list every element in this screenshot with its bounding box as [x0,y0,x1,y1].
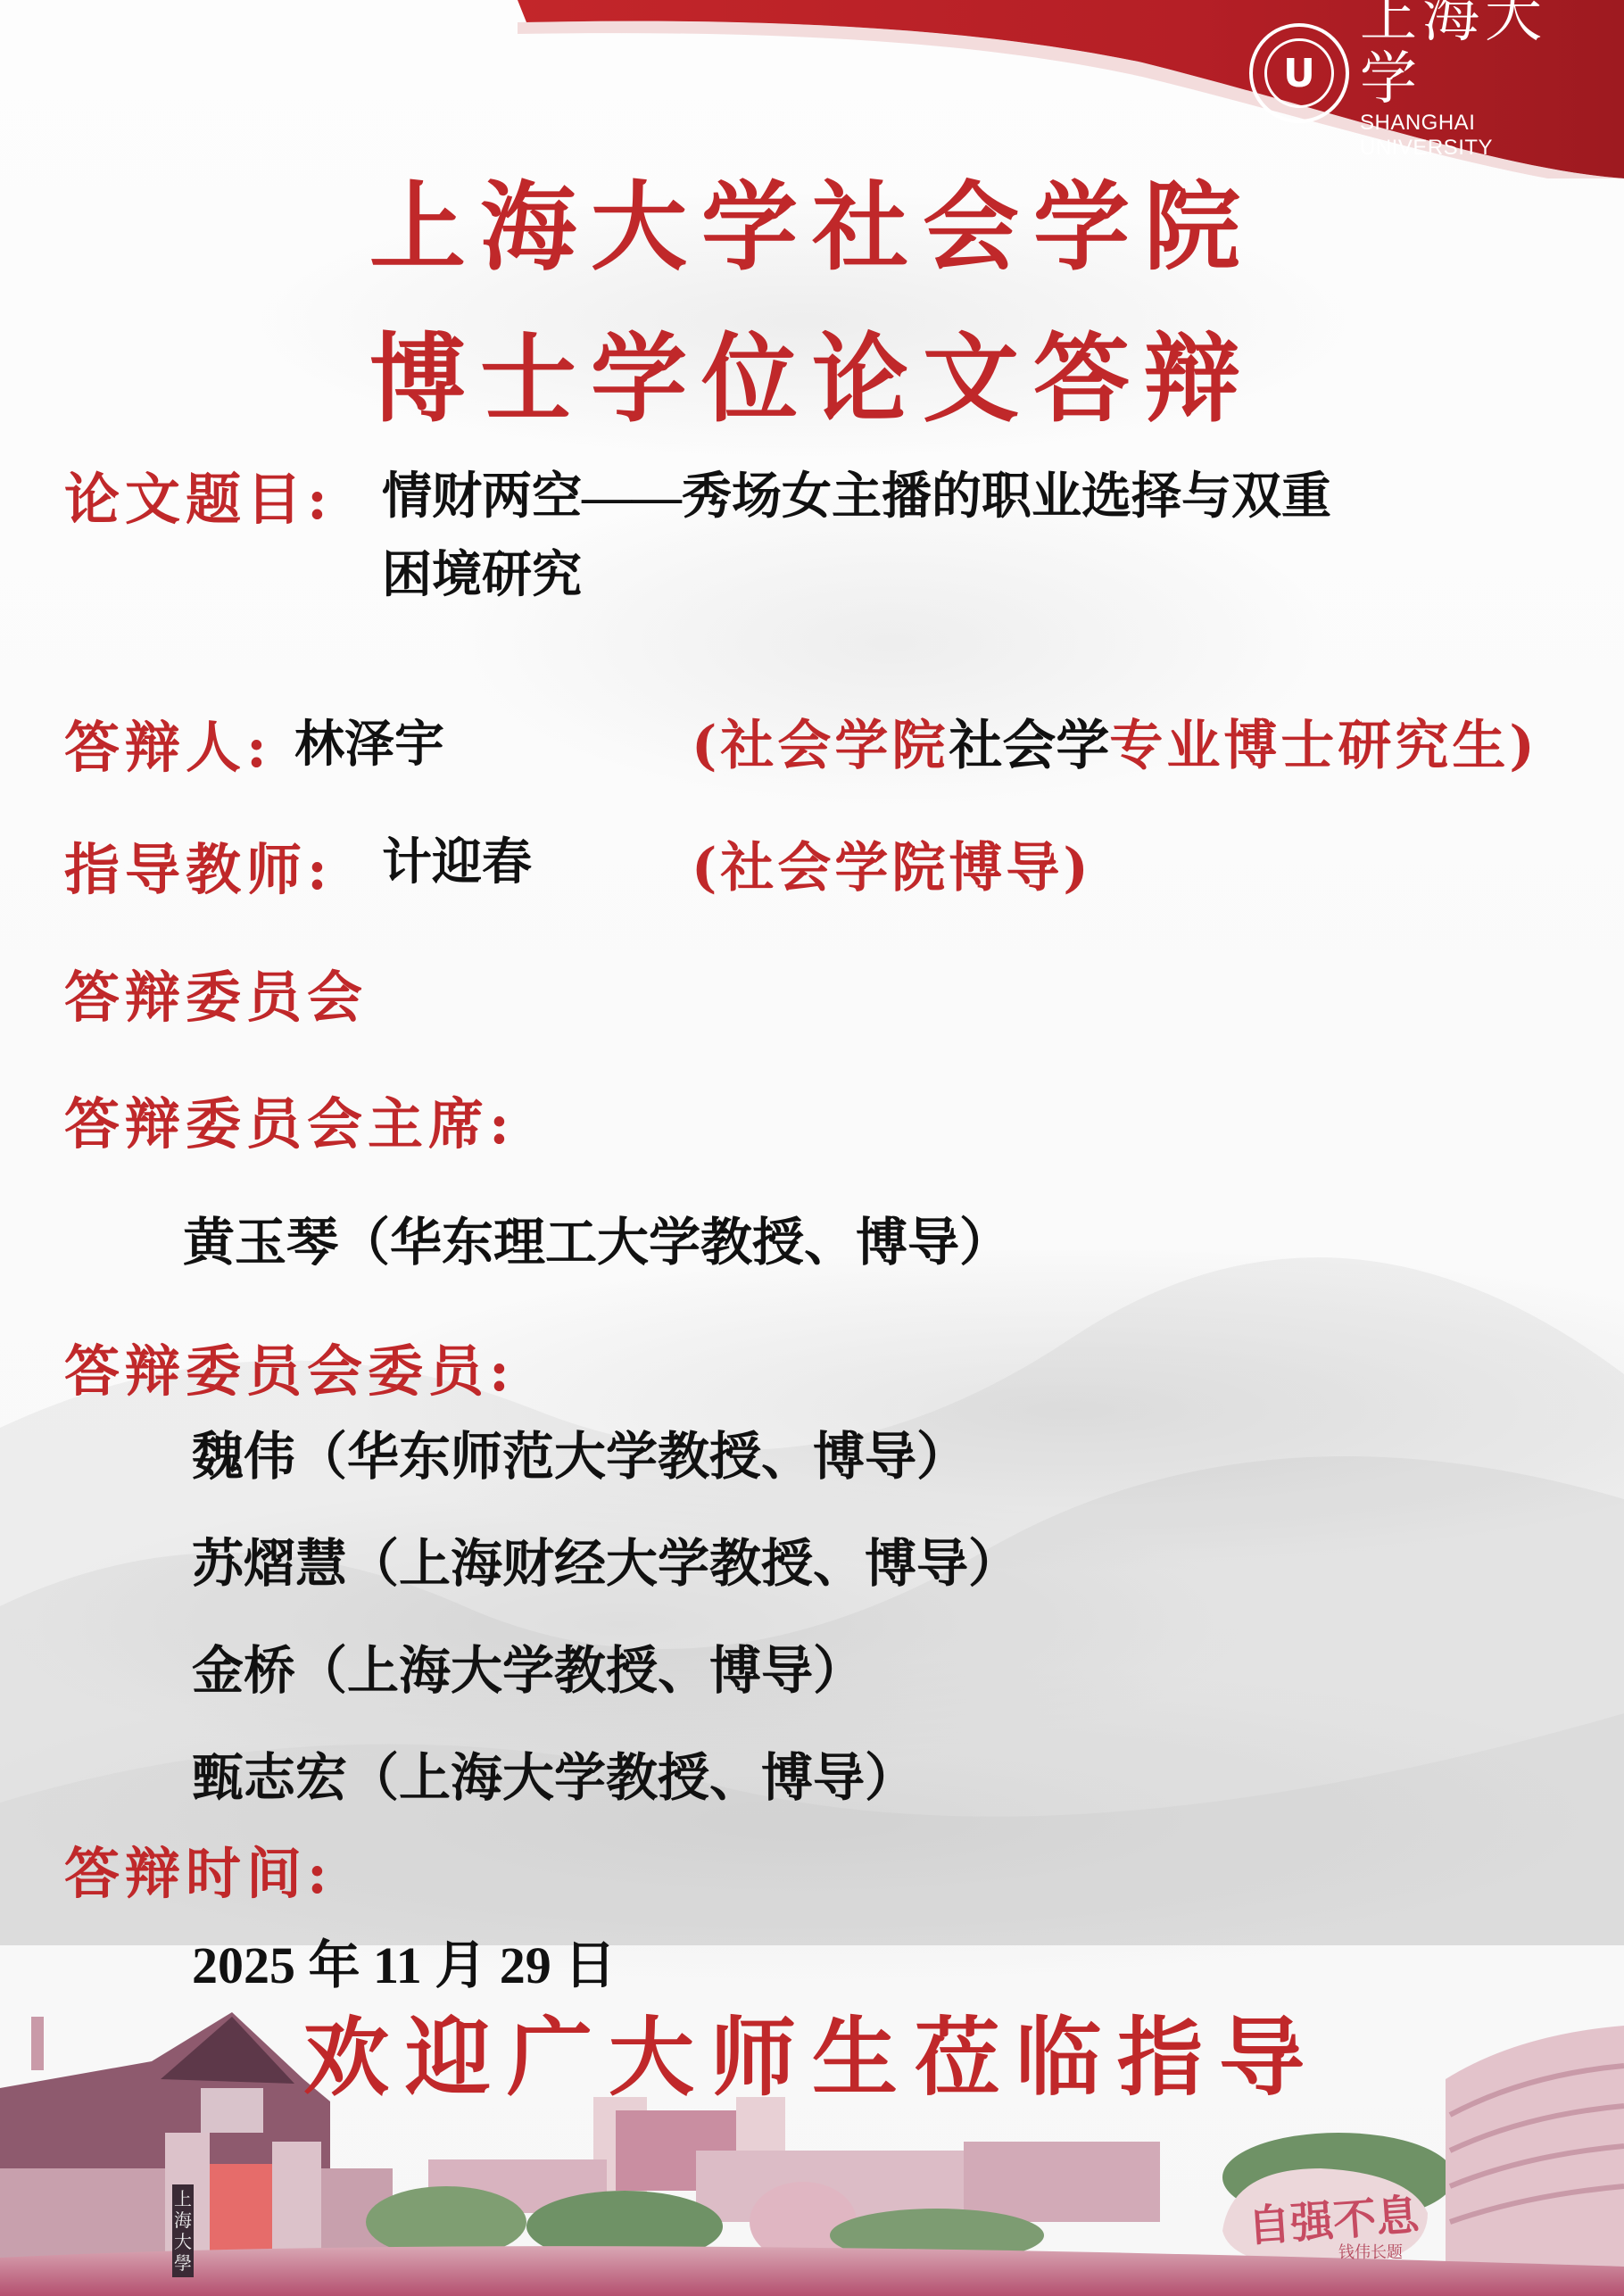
advisor-affiliation: (社会学院博导) [692,825,1092,902]
thesis-title-line2: 困境研究 [382,535,582,607]
committee-chair: 黄玉琴（华东理工大学教授、博导） [183,1200,1011,1275]
committee-member: 苏熠慧（上海财经大学教授、博导） [192,1521,1020,1596]
committee-member: 金桥（上海大学教授、博导） [192,1629,865,1703]
gate-plaque: 上海大學 [172,2184,194,2277]
thesis-title-line1: 情财两空——秀场女主播的职业选择与双重 [382,457,1331,528]
committee-members-label: 答辩委员会委员: [64,1327,515,1406]
advisor-label: 指导教师: [64,825,333,905]
university-logo: U 上海大学 SHANGHAI UNIVERSITY [1249,20,1606,127]
committee-member: 魏伟（华东师范大学教授、博导） [192,1414,968,1489]
candidate-label: 答辩人: [64,703,272,783]
committee-member: 甄志宏（上海大学教授、博导） [192,1736,916,1811]
stone-signature: 钱伟长题 [1338,2240,1403,2263]
advisor-name: 计迎春 [382,823,532,894]
committee-chair-label: 答辩委员会主席: [64,1080,515,1159]
thesis-label: 论文题目: [64,455,333,535]
poster-title-line1: 上海大学社会学院 [0,150,1624,288]
defense-time-label: 答辩时间: [64,1829,333,1909]
poster-title-line2: 博士学位论文答辩 [0,302,1624,440]
welcome-banner: 欢迎广大师生莅临指导 [0,1990,1624,2112]
defense-date: 2025 年 11 月 29 日 [192,1923,616,1998]
logo-chinese-name: 上海大学 [1360,0,1606,111]
committee-heading: 答辩委员会 [64,953,368,1032]
candidate-name: 林泽宇 [294,705,444,776]
candidate-affiliation: (社会学院社会学专业博士研究生) [692,703,1538,780]
university-seal-icon: U [1249,23,1349,123]
